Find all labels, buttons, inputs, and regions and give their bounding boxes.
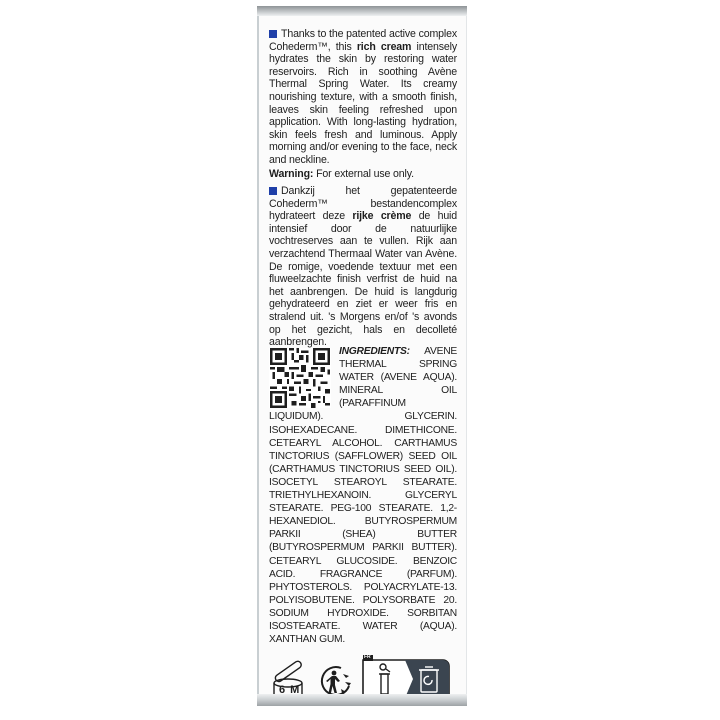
blue-bullet-icon	[269, 30, 277, 38]
warning-line: Warning: For external use only.	[269, 168, 457, 181]
ingredients-section: INGREDIENTS: AVENE THERMAL SPRING WATER …	[269, 345, 457, 646]
box-bottom-edge	[257, 694, 467, 706]
country-code-label: FR	[364, 654, 371, 660]
box-top-edge	[257, 6, 467, 16]
english-description: Thanks to the patented active complex Co…	[269, 28, 457, 180]
blue-bullet-icon	[269, 187, 277, 195]
product-box-side-panel: Thanks to the patented active complex Co…	[257, 6, 467, 706]
dutch-description: Dankzij het gepatenteerde Cohederm™ best…	[269, 185, 457, 349]
qr-code-icon	[269, 348, 331, 408]
